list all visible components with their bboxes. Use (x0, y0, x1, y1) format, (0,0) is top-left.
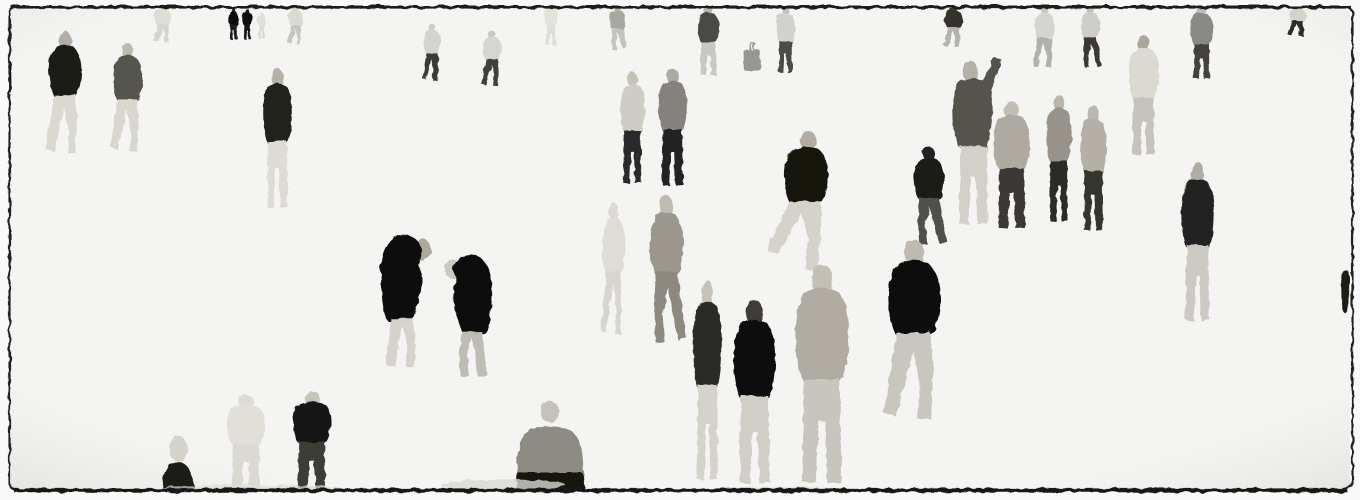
photo-canvas (0, 0, 1360, 500)
photograph (0, 0, 1360, 500)
